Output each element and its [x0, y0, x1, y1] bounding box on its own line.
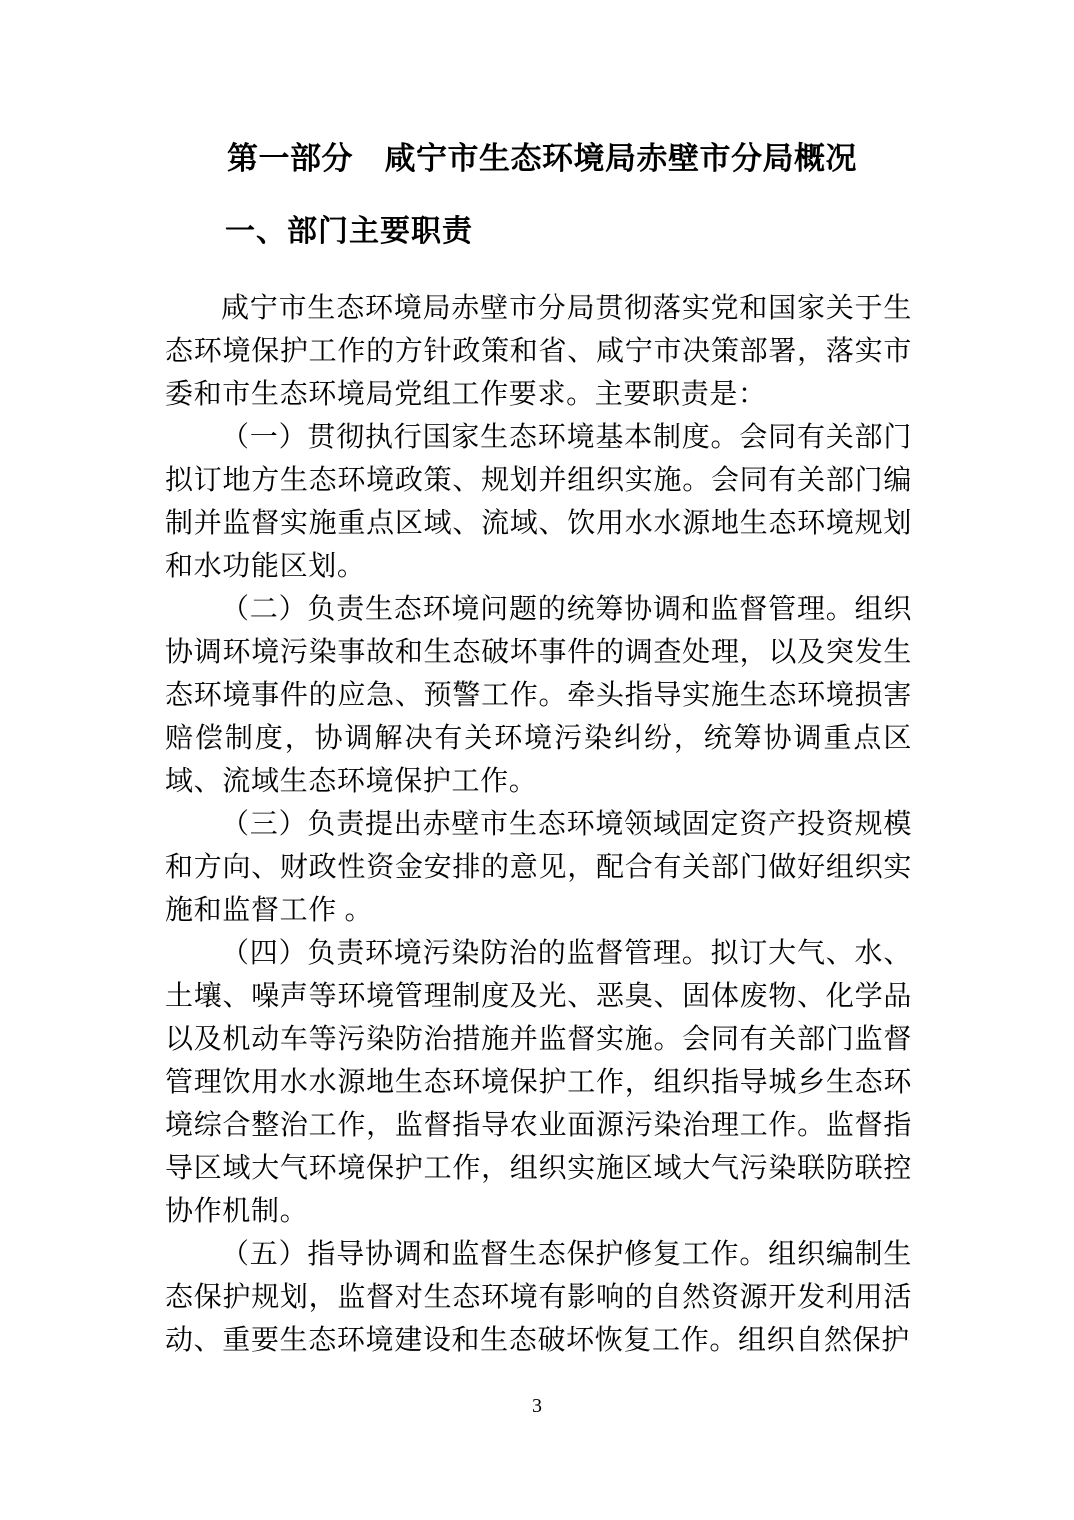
page-number: 3	[0, 1395, 1074, 1418]
section-heading-main-duties: 一、部门主要职责	[165, 213, 912, 251]
paragraph-intro: 咸宁市生态环境局赤壁市分局贯彻落实党和国家关于生态环境保护工作的方针政策和省、咸…	[165, 287, 912, 416]
paragraph-duty-2: （二）负责生态环境问题的统筹协调和监督管理。组织协调环境污染事故和生态破坏事件的…	[165, 588, 912, 803]
body-text: 咸宁市生态环境局赤壁市分局贯彻落实党和国家关于生态环境保护工作的方针政策和省、咸…	[165, 287, 912, 1362]
document-title: 第一部分 咸宁市生态环境局赤壁市分局概况	[165, 138, 912, 180]
paragraph-duty-3: （三）负责提出赤壁市生态环境领域固定资产投资规模和方向、财政性资金安排的意见，配…	[165, 803, 912, 932]
paragraph-duty-4: （四）负责环境污染防治的监督管理。拟订大气、水、土壤、噪声等环境管理制度及光、恶…	[165, 932, 912, 1233]
paragraph-duty-1: （一）贯彻执行国家生态环境基本制度。会同有关部门拟订地方生态环境政策、规划并组织…	[165, 416, 912, 588]
paragraph-duty-5: （五）指导协调和监督生态保护修复工作。组织编制生态保护规划，监督对生态环境有影响…	[165, 1233, 912, 1362]
document-content: 第一部分 咸宁市生态环境局赤壁市分局概况 一、部门主要职责 咸宁市生态环境局赤壁…	[165, 138, 912, 1362]
document-page: 第一部分 咸宁市生态环境局赤壁市分局概况 一、部门主要职责 咸宁市生态环境局赤壁…	[0, 0, 1074, 1520]
